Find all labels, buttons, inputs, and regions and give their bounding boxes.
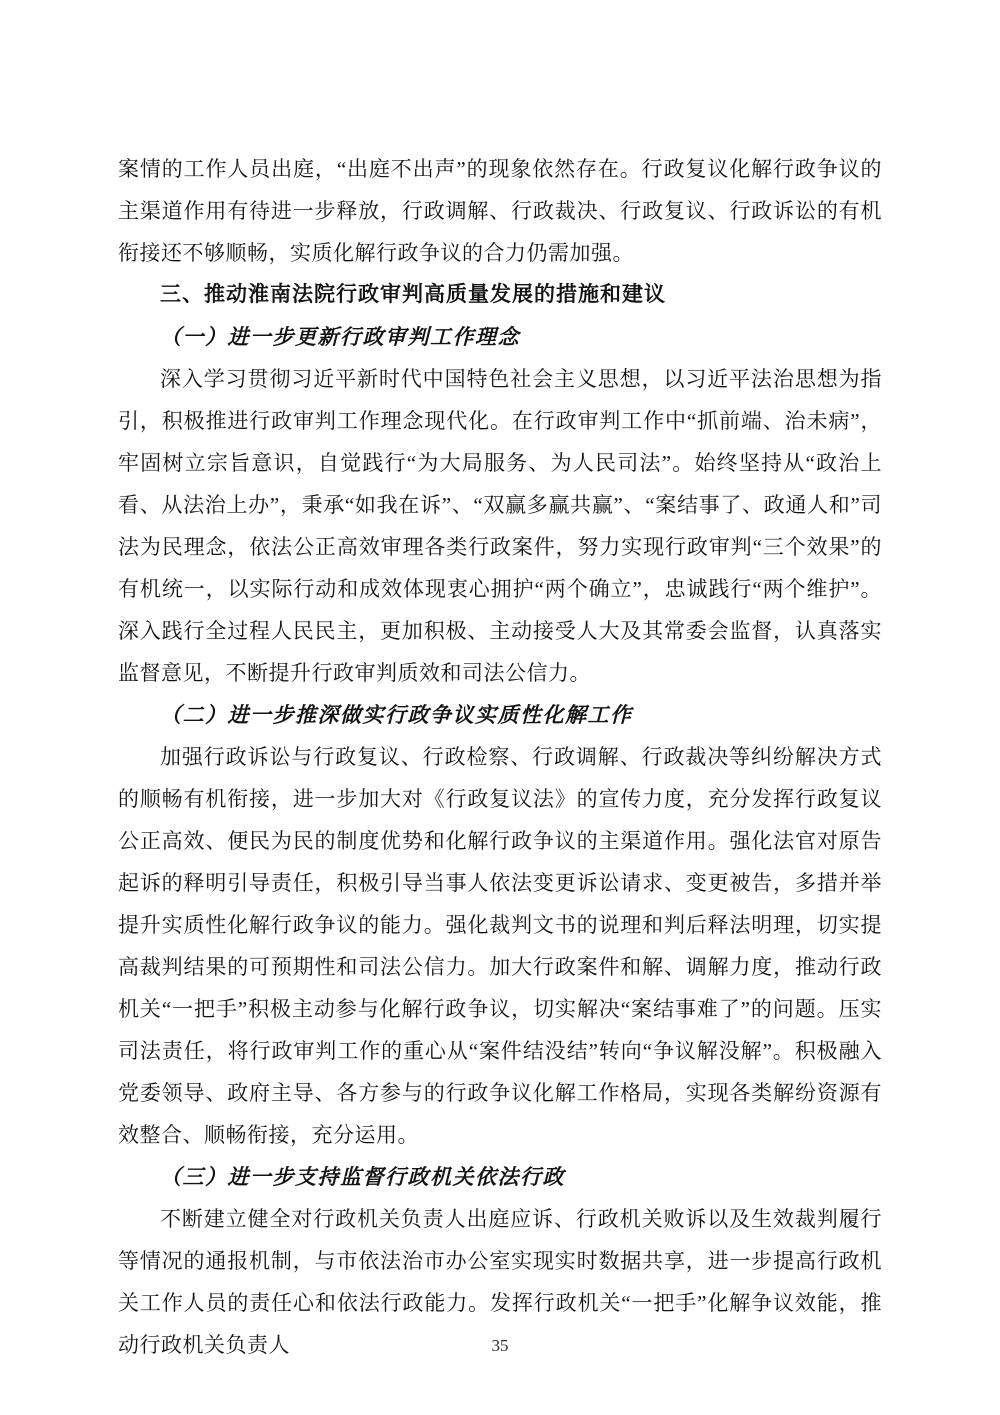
paragraph-body: 加强行政诉讼与行政复议、行政检察、行政调解、行政裁决等纠纷解决方式的顺畅有机衔接… (118, 736, 882, 1156)
paragraph-heading-2: （三）进一步支持监督行政机关依法行政 (118, 1156, 882, 1198)
paragraph-continuation: 案情的工作人员出庭，“出庭不出声”的现象依然存在。行政复议化解行政争议的主渠道作… (118, 148, 882, 274)
document-page: 案情的工作人员出庭，“出庭不出声”的现象依然存在。行政复议化解行政争议的主渠道作… (0, 0, 1000, 1415)
paragraph-heading-1: 三、推动淮南法院行政审判高质量发展的措施和建议 (118, 274, 882, 316)
page-number: 35 (0, 1334, 1000, 1358)
paragraph-heading-2: （二）进一步推深做实行政争议实质性化解工作 (118, 694, 882, 736)
paragraph-heading-2: （一）进一步更新行政审判工作理念 (118, 316, 882, 358)
paragraph-body: 深入学习贯彻习近平新时代中国特色社会主义思想，以习近平法治思想为指引，积极推进行… (118, 358, 882, 694)
document-body: 案情的工作人员出庭，“出庭不出声”的现象依然存在。行政复议化解行政争议的主渠道作… (118, 148, 882, 1366)
